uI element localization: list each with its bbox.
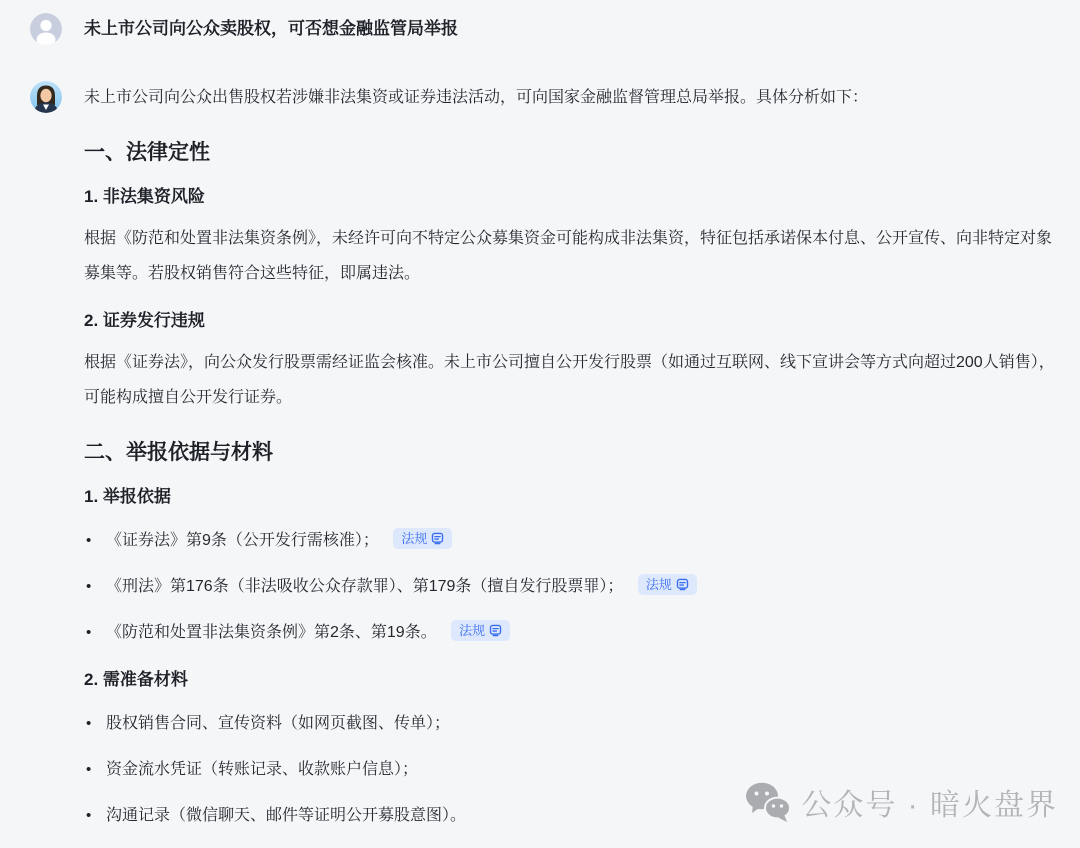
list-item: • 《刑法》第176条（非法吸收公众存款罪）、第179条（擅自发行股票罪）； 法…	[84, 569, 1056, 604]
regulation-citation-badge[interactable]: 法规	[393, 528, 452, 549]
bullet-dot: •	[86, 615, 91, 650]
assistant-answer: 未上市公司向公众出售股权若涉嫌非法集资或证券违法活动，可向国家金融监督管理总局举…	[84, 80, 1056, 833]
user-question-text: 未上市公司向公众卖股权，可否想金融监管局举报	[84, 17, 458, 41]
chat-export-page: 未上市公司向公众卖股权，可否想金融监管局举报	[0, 0, 1080, 848]
bullet-dot: •	[86, 706, 91, 741]
bullet-dot: •	[86, 523, 91, 558]
report-basis-list: • 《证券法》第9条（公开发行需核准）； 法规 • 《刑法》第1	[84, 523, 1056, 650]
subsection-report-basis: 1. 举报依据	[84, 485, 1056, 509]
law-book-icon	[431, 532, 444, 545]
assistant-woman-avatar	[30, 81, 62, 113]
watermark: 公众号 · 暗火盘界	[745, 780, 1058, 824]
badge-label: 法规	[459, 622, 485, 639]
bullet-dot: •	[86, 752, 91, 787]
subsection-materials-needed: 2. 需准备材料	[84, 668, 1056, 692]
person-silhouette-icon	[30, 13, 62, 45]
bullet-dot: •	[86, 798, 91, 833]
section-title-legal-nature: 一、法律定性	[84, 139, 1056, 167]
regulation-citation-badge[interactable]: 法规	[451, 620, 510, 641]
subsection-illegal-fundraising: 1. 非法集资风险	[84, 185, 1056, 209]
user-avatar	[30, 13, 62, 45]
list-item: • 《防范和处置非法集资条例》第2条、第19条。 法规	[84, 615, 1056, 650]
answer-intro: 未上市公司向公众出售股权若涉嫌非法集资或证券违法活动，可向国家金融监督管理总局举…	[84, 80, 1056, 115]
list-item-text: 沟通记录（微信聊天、邮件等证明公开募股意图）。	[106, 807, 466, 824]
law-book-icon	[489, 624, 502, 637]
list-item-text: 《刑法》第176条（非法吸收公众存款罪）、第179条（擅自发行股票罪）；	[106, 578, 623, 595]
watermark-text: 公众号 · 暗火盘界	[801, 780, 1058, 824]
paragraph-securities-violation: 根据《证券法》，向公众发行股票需经证监会核准。未上市公司擅自公开发行股票（如通过…	[84, 345, 1056, 415]
list-item-text: 《证券法》第9条（公开发行需核准）；	[106, 532, 379, 549]
bullet-dot: •	[86, 569, 91, 604]
assistant-avatar	[30, 81, 62, 113]
list-item: • 《证券法》第9条（公开发行需核准）； 法规	[84, 523, 1056, 558]
wechat-icon	[745, 781, 791, 823]
section-title-report-basis: 二、举报依据与材料	[84, 439, 1056, 467]
list-item-text: 股权销售合同、宣传资料（如网页截图、传单）；	[106, 715, 450, 732]
list-item-text: 《防范和处置非法集资条例》第2条、第19条。	[106, 624, 437, 641]
user-message-row: 未上市公司向公众卖股权，可否想金融监管局举报	[0, 0, 1080, 45]
badge-label: 法规	[646, 576, 672, 593]
regulation-citation-badge[interactable]: 法规	[638, 574, 697, 595]
list-item: • 股权销售合同、宣传资料（如网页截图、传单）；	[84, 706, 1056, 741]
subsection-securities-violation: 2. 证券发行违规	[84, 309, 1056, 333]
law-book-icon	[676, 578, 689, 591]
assistant-message-row: 未上市公司向公众出售股权若涉嫌非法集资或证券违法活动，可向国家金融监督管理总局举…	[0, 80, 1080, 833]
badge-label: 法规	[401, 530, 427, 547]
paragraph-illegal-fundraising: 根据《防范和处置非法集资条例》，未经许可向不特定公众募集资金可能构成非法集资，特…	[84, 221, 1056, 291]
list-item-text: 资金流水凭证（转账记录、收款账户信息）；	[106, 761, 418, 778]
